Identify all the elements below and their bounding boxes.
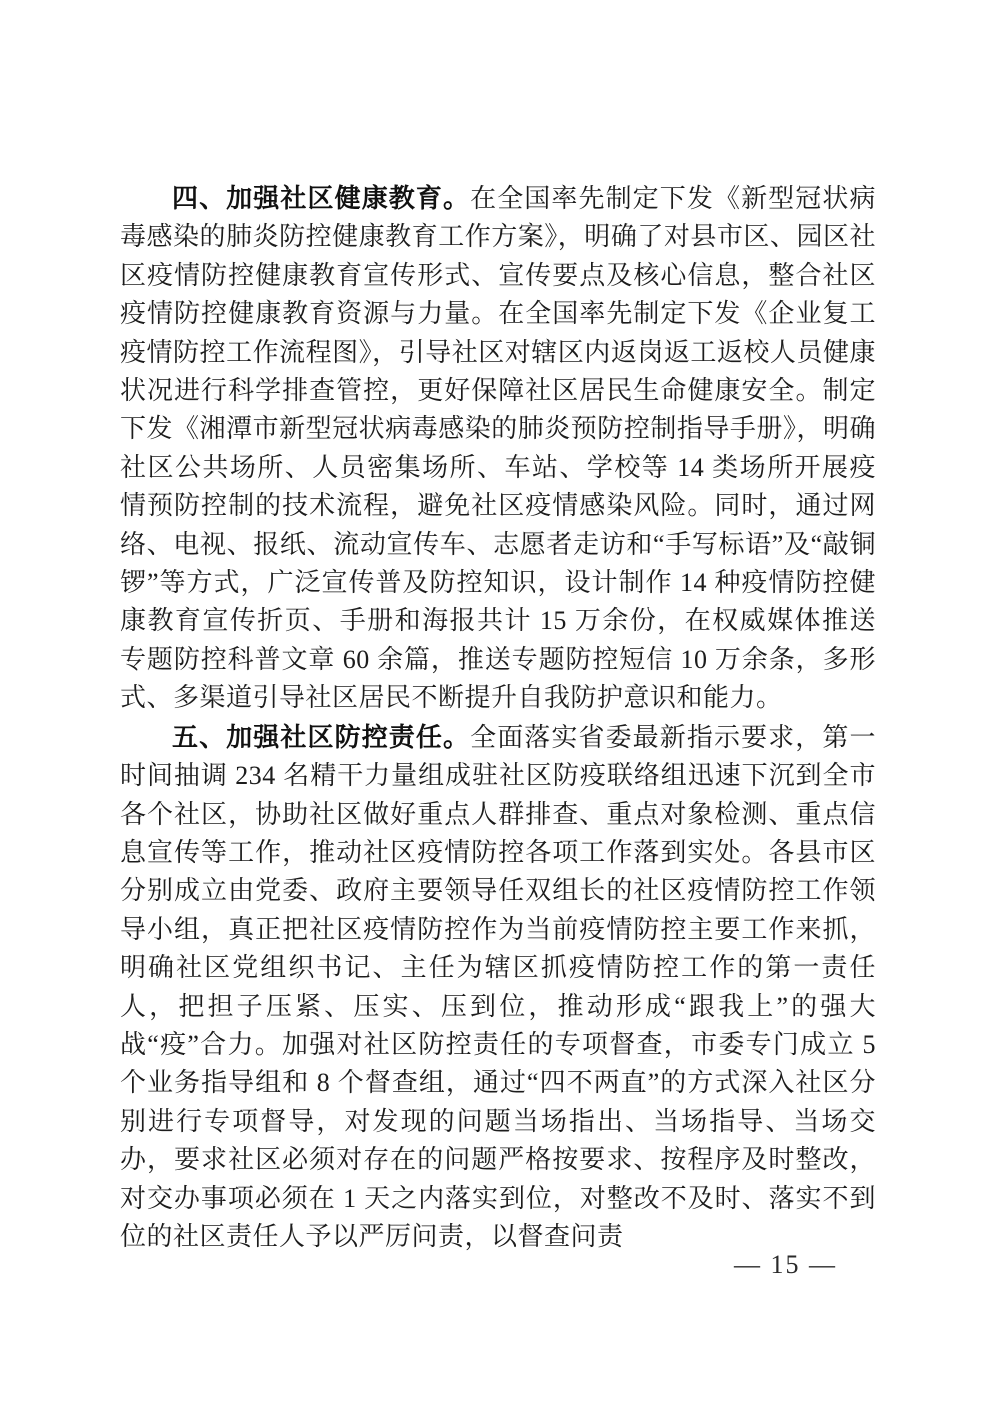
paragraph-5-text: 全面落实省委最新指示要求，第一时间抽调 234 名精干力量组成驻社区防疫联络组迅… [120, 723, 876, 1251]
document-page: 四、加强社区健康教育。在全国率先制定下发《新型冠状病毒感染的肺炎防控健康教育工作… [0, 0, 992, 1403]
paragraph-4-text: 在全国率先制定下发《新型冠状病毒感染的肺炎防控健康教育工作方案》，明确了对县市区… [120, 184, 876, 712]
document-body: 四、加强社区健康教育。在全国率先制定下发《新型冠状病毒感染的肺炎防控健康教育工作… [120, 179, 876, 1256]
paragraph-5-heading: 五、加强社区防控责任。 [172, 722, 470, 752]
paragraph-5: 五、加强社区防控责任。全面落实省委最新指示要求，第一时间抽调 234 名精干力量… [120, 718, 876, 1257]
paragraph-4: 四、加强社区健康教育。在全国率先制定下发《新型冠状病毒感染的肺炎防控健康教育工作… [120, 179, 876, 718]
paragraph-4-heading: 四、加强社区健康教育。 [172, 183, 470, 213]
page-number: — 15 — [0, 1250, 837, 1280]
